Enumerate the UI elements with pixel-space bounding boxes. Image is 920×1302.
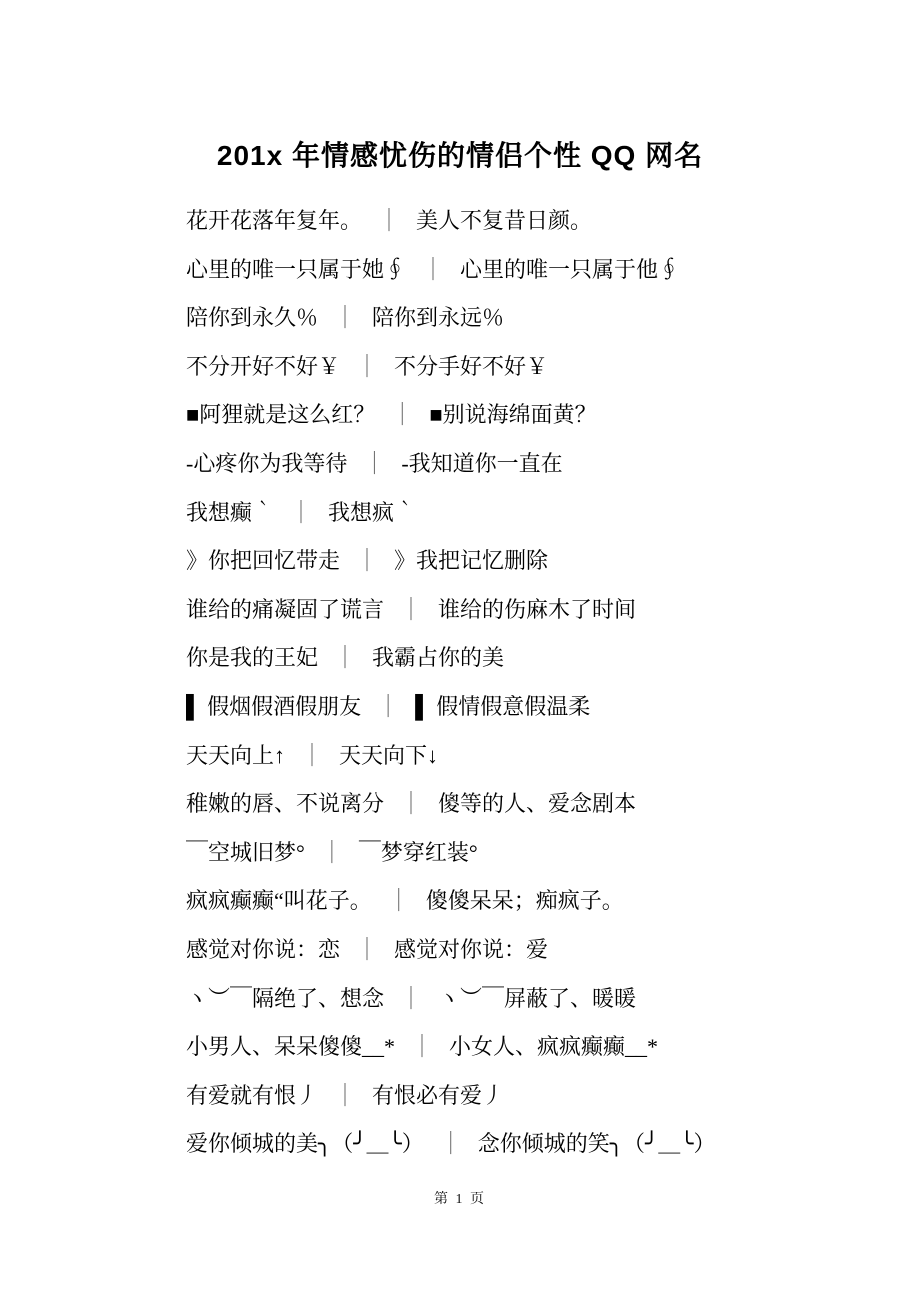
nickname-line: 你是我的王妃｜我霸占你的美	[186, 634, 860, 683]
nickname-line: 》你把回忆带走｜》我把记忆删除	[186, 537, 860, 586]
nickname-line: ヽ︶￣隔绝了、想念｜ヽ︶￣屏蔽了、暖暖	[186, 975, 860, 1024]
nickname-left: 天天向上↑	[186, 743, 285, 768]
nickname-line: 谁给的痛凝固了谎言｜谁给的伤麻木了时间	[186, 586, 860, 635]
nickname-left: 感觉对你说：恋	[186, 937, 340, 962]
separator: ｜	[321, 828, 343, 879]
nickname-right: 我想疯｀	[328, 500, 416, 525]
nickname-left: 陪你到永久％	[186, 305, 318, 330]
separator: ｜	[400, 779, 422, 830]
nickname-right: ▌ 假情假意假温柔	[415, 694, 590, 719]
nickname-line: ￣空城旧梦°｜￣梦穿红装°	[186, 829, 860, 878]
nickname-right: 傻傻呆呆；痴疯子。	[426, 888, 624, 913]
nickname-left: 爱你倾城的美╮（╯＿╰）	[186, 1131, 424, 1156]
separator: ｜	[290, 487, 312, 538]
page-footer: 第 1 页	[0, 1188, 920, 1208]
nickname-right: 心里的唯一只属于他∮	[460, 257, 680, 282]
nickname-line: 小男人、呆呆傻傻__*｜小女人、疯疯癫癫__*	[186, 1023, 860, 1072]
nickname-right: 美人不复昔日颜。	[416, 208, 592, 233]
nickname-left: 小男人、呆呆傻傻__*	[186, 1034, 395, 1059]
nickname-line: 心里的唯一只属于她∮｜心里的唯一只属于他∮	[186, 246, 860, 295]
nickname-left: ▌ 假烟假酒假朋友	[186, 694, 361, 719]
nickname-line: 天天向上↑｜天天向下↓	[186, 732, 860, 781]
document-page: { "document": { "title": "201x 年情感忧伤的情侣个…	[0, 0, 920, 1302]
separator: ｜	[378, 196, 400, 247]
nickname-right: 有恨必有爱丿	[372, 1083, 504, 1108]
separator: ｜	[377, 682, 399, 733]
nickname-line: 花开花落年复年。｜美人不复昔日颜。	[186, 197, 860, 246]
nickname-line: 疯疯癫癫“叫花子。｜傻傻呆呆；痴疯子。	[186, 877, 860, 926]
separator: ｜	[356, 925, 378, 976]
separator: ｜	[334, 293, 356, 344]
nickname-list: 花开花落年复年。｜美人不复昔日颜。 心里的唯一只属于她∮｜心里的唯一只属于他∮ …	[186, 197, 860, 1169]
nickname-line: 感觉对你说：恋｜感觉对你说：爱	[186, 926, 860, 975]
nickname-line: 爱你倾城的美╮（╯＿╰）｜念你倾城的笑╮（╯＿╰）	[186, 1120, 860, 1169]
nickname-line: 陪你到永久％｜陪你到永远％	[186, 294, 860, 343]
nickname-right: 我霸占你的美	[372, 645, 504, 670]
nickname-right: 陪你到永远％	[372, 305, 504, 330]
nickname-line: 不分开好不好￥｜不分手好不好￥	[186, 343, 860, 392]
separator: ｜	[356, 536, 378, 587]
nickname-right: 不分手好不好￥	[394, 354, 548, 379]
nickname-left: 稚嫩的唇、不说离分	[186, 791, 384, 816]
nickname-right: ヽ︶￣屏蔽了、暖暖	[438, 986, 636, 1011]
nickname-line: ▌ 假烟假酒假朋友｜▌ 假情假意假温柔	[186, 683, 860, 732]
nickname-right: 念你倾城的笑╮（╯＿╰）	[478, 1131, 716, 1156]
separator: ｜	[391, 390, 413, 441]
separator: ｜	[388, 876, 410, 927]
nickname-left: 》你把回忆带走	[186, 548, 340, 573]
nickname-line: -心疼你为我等待｜-我知道你一直在	[186, 440, 860, 489]
nickname-line: 有爱就有恨丿｜有恨必有爱丿	[186, 1072, 860, 1121]
separator: ｜	[400, 973, 422, 1024]
nickname-right: 谁给的伤麻木了时间	[438, 597, 636, 622]
separator: ｜	[334, 633, 356, 684]
nickname-left: 疯疯癫癫“叫花子。	[186, 888, 372, 913]
separator: ｜	[422, 244, 444, 295]
nickname-line: ■阿狸就是这么红？｜■别说海绵面黄？	[186, 391, 860, 440]
nickname-left: ■阿狸就是这么红？	[186, 402, 375, 427]
page-number-label: 第 1 页	[434, 1192, 486, 1207]
nickname-line: 我想癫｀｜我想疯｀	[186, 489, 860, 538]
nickname-left: ヽ︶￣隔绝了、想念	[186, 986, 384, 1011]
nickname-left: 有爱就有恨丿	[186, 1083, 318, 1108]
page-title: 201x 年情感忧伤的情侣个性 QQ 网名	[0, 134, 920, 174]
nickname-right: 天天向下↓	[339, 743, 438, 768]
nickname-right: ■别说海绵面黄？	[429, 402, 596, 427]
separator: ｜	[411, 1022, 433, 1073]
separator: ｜	[356, 342, 378, 393]
separator: ｜	[363, 439, 385, 490]
nickname-left: 心里的唯一只属于她∮	[186, 257, 406, 282]
nickname-right: 》我把记忆删除	[394, 548, 548, 573]
nickname-left: -心疼你为我等待	[186, 451, 347, 476]
nickname-right: 小女人、疯疯癫癫__*	[449, 1034, 658, 1059]
nickname-left: 不分开好不好￥	[186, 354, 340, 379]
nickname-left: 花开花落年复年。	[186, 208, 362, 233]
nickname-left: 我想癫｀	[186, 500, 274, 525]
nickname-left: ￣空城旧梦°	[186, 840, 305, 865]
nickname-right: -我知道你一直在	[401, 451, 562, 476]
separator: ｜	[334, 1070, 356, 1121]
separator: ｜	[440, 1119, 462, 1170]
nickname-right: 傻等的人、爱念剧本	[438, 791, 636, 816]
separator: ｜	[301, 730, 323, 781]
nickname-right: ￣梦穿红装°	[359, 840, 478, 865]
nickname-left: 你是我的王妃	[186, 645, 318, 670]
nickname-line: 稚嫩的唇、不说离分｜傻等的人、爱念剧本	[186, 780, 860, 829]
separator: ｜	[400, 585, 422, 636]
nickname-right: 感觉对你说：爱	[394, 937, 548, 962]
nickname-left: 谁给的痛凝固了谎言	[186, 597, 384, 622]
